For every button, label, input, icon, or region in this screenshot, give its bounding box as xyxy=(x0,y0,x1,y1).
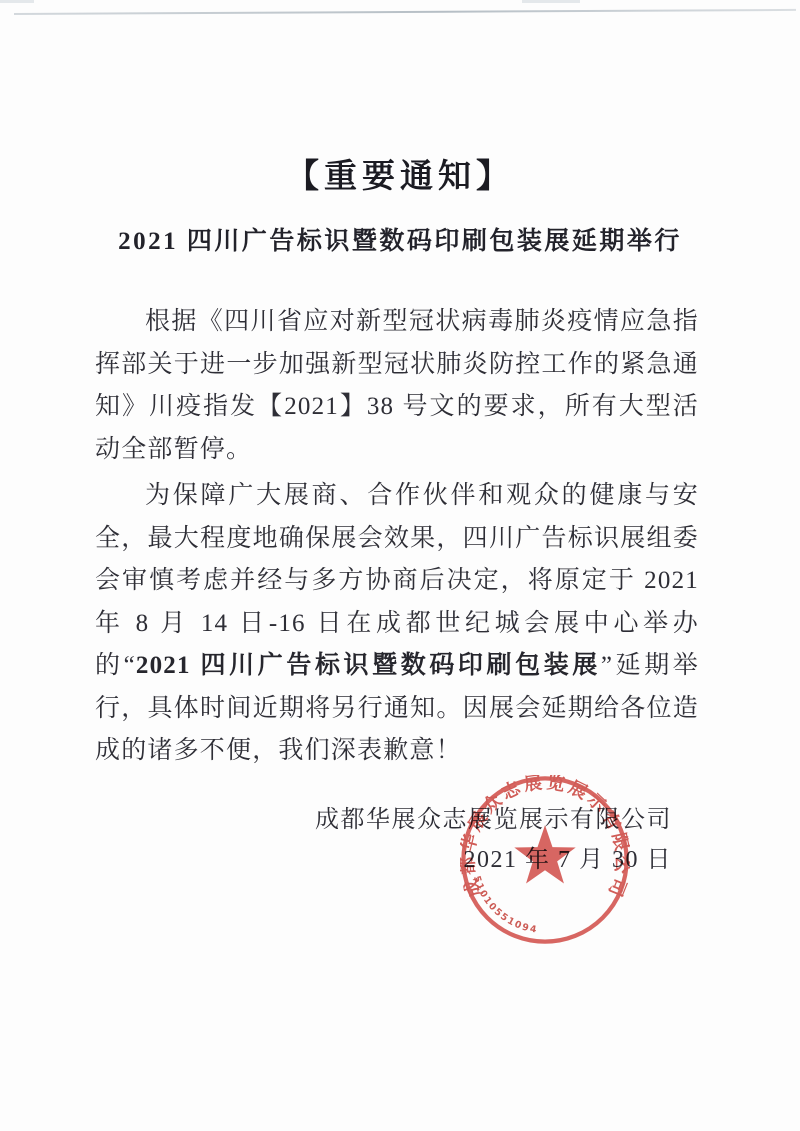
notice-subtitle: 2021 四川广告标识暨数码印刷包装展延期举行 xyxy=(0,221,800,257)
scan-smudge-middle xyxy=(522,0,580,3)
seal-svg: 成都华展众志展览展示有限公司 5101055109480 xyxy=(460,775,630,945)
scanned-notice-page: 【重要通知】 2021 四川广告标识暨数码印刷包装展延期举行 根据《四川省应对新… xyxy=(0,0,800,1131)
seal-star-icon xyxy=(514,825,575,883)
exhibition-name-emphasis: 2021 四川广告标识暨数码印刷包装展 xyxy=(136,652,601,679)
paragraph-decision: 为保障广大展商、合作伙伴和观众的健康与安全，最大程度地确保展会效果，四川广告标识… xyxy=(95,475,699,773)
notice-body: 根据《四川省应对新型冠状病毒肺炎疫情应急指挥部关于进一步加强新型冠状肺炎防控工作… xyxy=(95,301,699,773)
scan-artifact-line xyxy=(14,9,796,15)
paragraph-basis: 根据《四川省应对新型冠状病毒肺炎疫情应急指挥部关于进一步加强新型冠状肺炎防控工作… xyxy=(95,301,699,471)
paragraph-decision-lead: 为保障广大展商、合作伙伴和观众的健康与安全，最大程度地确保展会效果，四川广告标识… xyxy=(95,482,699,679)
company-seal-stamp: 成都华展众志展览展示有限公司 5101055109480 xyxy=(460,775,630,945)
scan-smudge-left xyxy=(0,0,34,3)
notice-title: 【重要通知】 xyxy=(0,150,800,197)
